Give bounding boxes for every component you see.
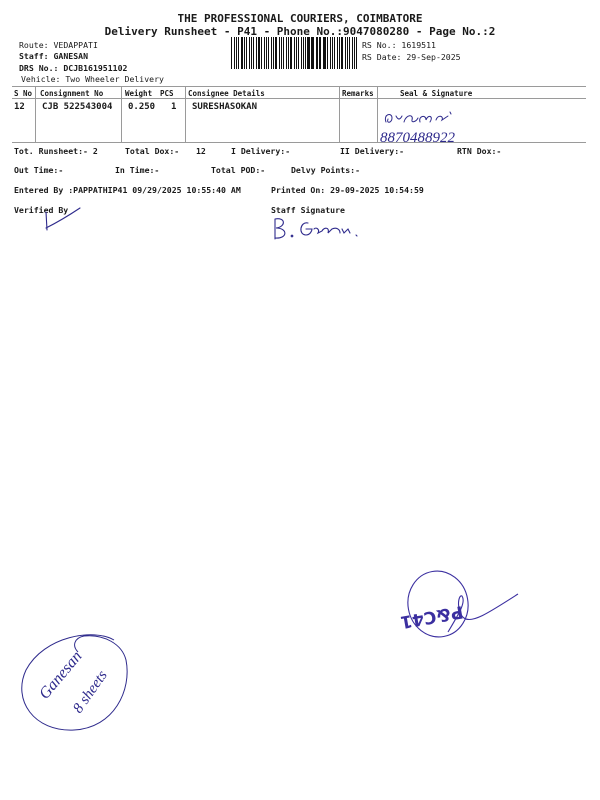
barcode-bar — [339, 37, 340, 69]
barcode-bar — [349, 37, 350, 69]
circular-stamp: P&C41 — [400, 562, 530, 652]
table-header-border — [12, 98, 586, 99]
barcode — [231, 37, 359, 69]
ii-delivery: II Delivery:- — [340, 146, 404, 156]
printed-on: Printed On: 29-09-2025 10:54:59 — [271, 185, 424, 195]
col-divider — [185, 86, 186, 142]
barcode-bar — [298, 37, 299, 69]
col-header-sno: S No — [14, 89, 32, 98]
barcode-bar — [319, 37, 320, 69]
barcode-bar — [246, 37, 247, 69]
cell-consignee: SURESHASOKAN — [192, 102, 257, 112]
barcode-bar — [294, 37, 295, 69]
barcode-bar — [283, 37, 284, 69]
barcode-bar — [307, 37, 309, 69]
col-header-consignee: Consignee Details — [188, 89, 265, 98]
route-label: Route: VEDAPPATI — [19, 40, 98, 50]
barcode-bar — [281, 37, 282, 69]
barcode-bar — [249, 37, 250, 69]
barcode-bar — [324, 37, 326, 69]
svg-text:8 sheets: 8 sheets — [70, 668, 111, 717]
barcode-bar — [337, 37, 338, 69]
barcode-bar — [236, 37, 237, 69]
drs-number: DRS No.: DCJB161951102 — [19, 63, 127, 73]
barcode-bar — [275, 37, 277, 69]
barcode-bar — [345, 37, 346, 69]
staff-label: Staff: GANESAN — [19, 51, 88, 61]
barcode-bar — [352, 37, 353, 69]
cell-consignment-no: CJB 522543004 — [42, 102, 112, 112]
barcode-bar — [301, 37, 302, 69]
cell-sno: 12 — [14, 102, 25, 112]
cell-pcs: 1 — [171, 102, 176, 112]
total-pod: Total POD:- — [211, 165, 265, 175]
barcode-bar — [231, 37, 232, 69]
vehicle-label: Vehicle: Two Wheeler Delivery — [21, 74, 164, 84]
staff-signature-ink — [270, 215, 380, 243]
rs-number: RS No.: 1619511 — [362, 40, 436, 50]
barcode-bar — [341, 37, 343, 69]
cell-weight: 0.250 — [128, 102, 155, 112]
total-dox-value: 12 — [196, 146, 206, 156]
col-divider — [339, 86, 340, 142]
barcode-bar — [347, 37, 348, 69]
barcode-bar — [266, 37, 267, 69]
barcode-bar — [330, 37, 331, 69]
barcode-bar — [354, 37, 355, 69]
col-header-weight: Weight — [125, 89, 152, 98]
barcode-bar — [332, 37, 333, 69]
barcode-bar — [258, 37, 260, 69]
barcode-bar — [296, 37, 297, 69]
col-divider — [121, 86, 122, 142]
rs-date: RS Date: 29-Sep-2025 — [362, 52, 461, 62]
barcode-bar — [244, 37, 245, 69]
barcode-bar — [288, 37, 289, 69]
barcode-bar — [317, 37, 318, 69]
i-delivery: I Delivery:- — [231, 146, 290, 156]
barcode-bar — [323, 37, 324, 69]
col-header-remarks: Remarks — [342, 89, 374, 98]
barcode-bar — [234, 37, 235, 69]
barcode-bar — [264, 37, 265, 69]
total-dox-label: Total Dox:- — [125, 146, 179, 156]
barcode-bar — [251, 37, 252, 69]
delvy-points: Delvy Points:- — [291, 165, 360, 175]
barcode-bar — [261, 37, 262, 69]
staff-signature-label: Staff Signature — [271, 205, 345, 215]
col-header-pcs: PCS — [160, 89, 174, 98]
barcode-bar — [305, 37, 306, 69]
verified-by-mark — [40, 204, 90, 234]
barcode-bar — [256, 37, 257, 69]
barcode-bar — [273, 37, 274, 69]
entered-by: Entered By :PAPPATHIP41 09/29/2025 10:55… — [14, 185, 241, 195]
barcode-bar — [241, 37, 243, 69]
company-title: THE PROFESSIONAL COURIERS, COIMBATORE — [0, 12, 600, 25]
barcode-bar — [311, 37, 312, 69]
circled-handwritten-note: Ganesan 8 sheets — [14, 630, 134, 740]
barcode-bar — [356, 37, 357, 69]
barcode-bar — [279, 37, 280, 69]
barcode-bar — [238, 37, 239, 69]
col-header-consignment: Consignment No — [40, 89, 103, 98]
barcode-bar — [303, 37, 304, 69]
receiver-signature: 8870488922 — [378, 110, 508, 146]
rtn-dox: RTN Dox:- — [457, 146, 501, 156]
in-time: In Time:- — [115, 165, 159, 175]
col-header-seal-signature: Seal & Signature — [400, 89, 472, 98]
barcode-bar — [286, 37, 287, 69]
table-top-border — [12, 86, 586, 87]
barcode-bar — [334, 37, 335, 69]
col-divider — [35, 86, 36, 142]
svg-text:P&C41: P&C41 — [400, 601, 465, 632]
svg-text:8870488922: 8870488922 — [380, 130, 456, 146]
barcode-bar — [316, 37, 317, 69]
tot-runsheet: Tot. Runsheet:- 2 — [14, 146, 98, 156]
barcode-bar — [312, 37, 313, 69]
barcode-bar — [253, 37, 254, 69]
barcode-bar — [271, 37, 272, 69]
barcode-bar — [327, 37, 328, 69]
barcode-bar — [290, 37, 292, 69]
out-time: Out Time:- — [14, 165, 63, 175]
barcode-bar — [268, 37, 269, 69]
